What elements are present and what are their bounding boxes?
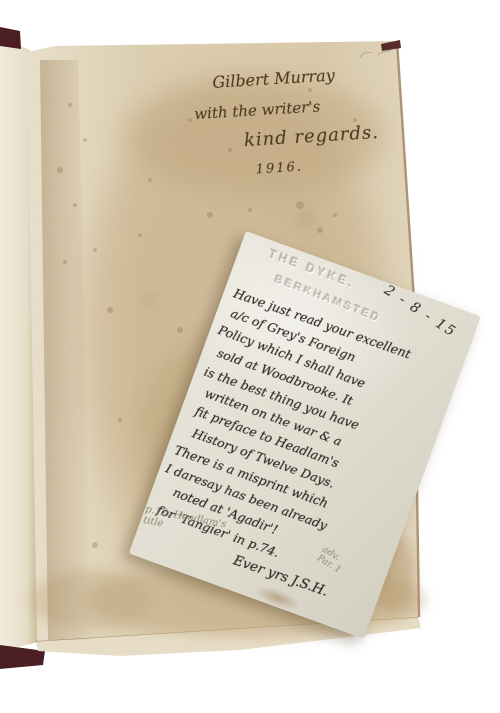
board-corner-top bbox=[0, 27, 21, 49]
gift-inscription: Gilbert Murray with the writer's kind re… bbox=[190, 55, 432, 189]
photo-of-book-with-card: Gilbert Murray with the writer's kind re… bbox=[0, 0, 500, 713]
